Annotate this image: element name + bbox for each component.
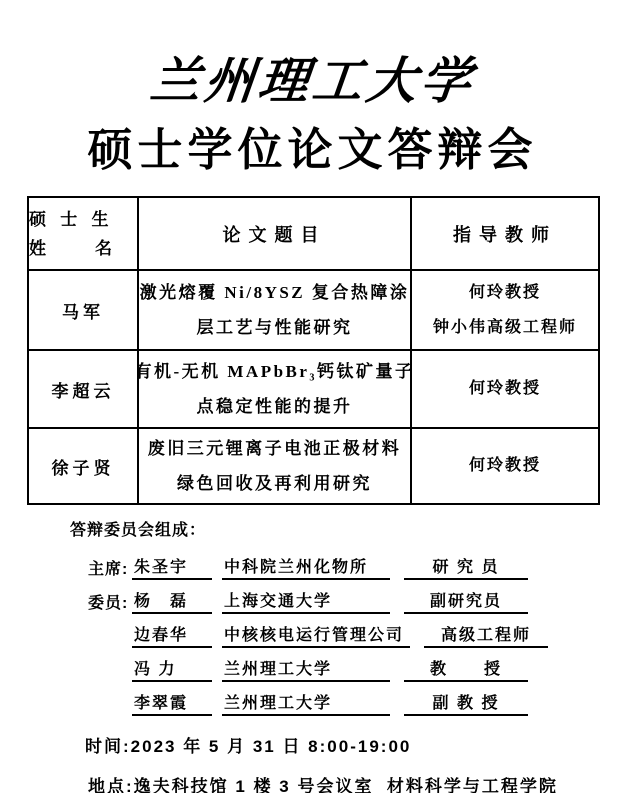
thesis-title-line: 绿色回收及再利用研究 [177,474,372,494]
committee-member-row: 边春华 中核核电运行管理公司 高级工程师 [88,626,625,648]
student-name: 李超云 [28,350,138,428]
advisor-line: 何玲教授 [469,379,541,399]
member-title: 教 授 [404,660,528,682]
table-row: 李超云 有机-无机 MAPbBr₃钙钛矿量子 点稳定性能的提升 何玲教授 [28,350,599,428]
university-logo: 兰州理工大学 [0,50,625,112]
advisor-names: 何玲教授 钟小伟高级工程师 [411,270,599,350]
advisor-line: 何玲教授 [469,456,541,476]
member-organization: 上海交通大学 [222,592,390,614]
thesis-title-line: 废旧三元锂离子电池正极材料 [148,439,402,459]
defense-table: 硕 士 生 姓 名 论文题目 指导教师 马军 激光熔覆 Ni/8YSZ 复合热障… [27,196,600,505]
thesis-title-line: 激光熔覆 Ni/8YSZ 复合热障涂 [140,283,410,303]
member-organization: 兰州理工大学 [222,660,390,682]
header-student-line1: 硕 士 生 [29,205,137,234]
member-role-prefix: 主席: [88,560,132,580]
header-student-line2: 姓 名 [29,234,137,263]
thesis-title: 有机-无机 MAPbBr₃钙钛矿量子 点稳定性能的提升 [138,350,411,428]
thesis-title: 激光熔覆 Ni/8YSZ 复合热障涂 层工艺与性能研究 [138,270,411,350]
member-name: 冯 力 [132,660,212,682]
document-page: 兰州理工大学 硕士学位论文答辩会 硕 士 生 姓 名 论文题目 指导教师 马军 … [0,0,625,793]
member-name: 杨 磊 [132,592,212,614]
committee-member-row: 李翠霞 兰州理工大学 副 教 授 [88,694,625,716]
table-row: 徐子贤 废旧三元锂离子电池正极材料 绿色回收及再利用研究 何玲教授 [28,428,599,504]
thesis-title: 废旧三元锂离子电池正极材料 绿色回收及再利用研究 [138,428,411,504]
committee-member-row: 冯 力 兰州理工大学 教 授 [88,660,625,682]
advisor-line: 何玲教授 [469,283,541,303]
header-cell-student-name: 硕 士 生 姓 名 [28,197,138,270]
member-name: 朱圣宇 [132,558,212,580]
table-header-row: 硕 士 生 姓 名 论文题目 指导教师 [28,197,599,270]
member-title: 高级工程师 [424,626,548,648]
student-name: 马军 [28,270,138,350]
member-role-prefix: 委员: [88,594,132,614]
advisor-line: 钟小伟高级工程师 [433,318,577,338]
committee-member-row: 主席: 朱圣宇 中科院兰州化物所 研 究 员 [88,558,625,580]
defense-location: 地点:逸夫科技馆 1 楼 3 号会议室 材料科学与工程学院 [88,772,625,793]
committee-section-label: 答辩委员会组成： [70,517,625,540]
member-title: 副 教 授 [404,694,528,716]
advisor-names: 何玲教授 [411,350,599,428]
table-row: 马军 激光熔覆 Ni/8YSZ 复合热障涂 层工艺与性能研究 何玲教授 钟小伟高… [28,270,599,350]
member-name: 李翠霞 [132,694,212,716]
header-cell-thesis-title: 论文题目 [138,197,411,270]
student-name: 徐子贤 [28,428,138,504]
member-organization: 中科院兰州化物所 [222,558,390,580]
defense-time: 时间:2023 年 5 月 31 日 8:00-19:00 [85,732,625,757]
thesis-title-line: 点稳定性能的提升 [197,397,353,417]
thesis-title-line: 有机-无机 MAPbBr₃钙钛矿量子 [138,362,411,382]
member-organization: 兰州理工大学 [222,694,390,716]
committee-list: 主席: 朱圣宇 中科院兰州化物所 研 究 员 委员: 杨 磊 上海交通大学 副研… [0,558,625,716]
member-title: 副研究员 [404,592,528,614]
advisor-names: 何玲教授 [411,428,599,504]
page-title: 硕士学位论文答辩会 [0,124,625,176]
member-title: 研 究 员 [404,558,528,580]
member-organization: 中核核电运行管理公司 [222,626,410,648]
thesis-title-line: 层工艺与性能研究 [197,318,353,338]
header-cell-advisor: 指导教师 [411,197,599,270]
committee-member-row: 委员: 杨 磊 上海交通大学 副研究员 [88,592,625,614]
member-name: 边春华 [132,626,212,648]
